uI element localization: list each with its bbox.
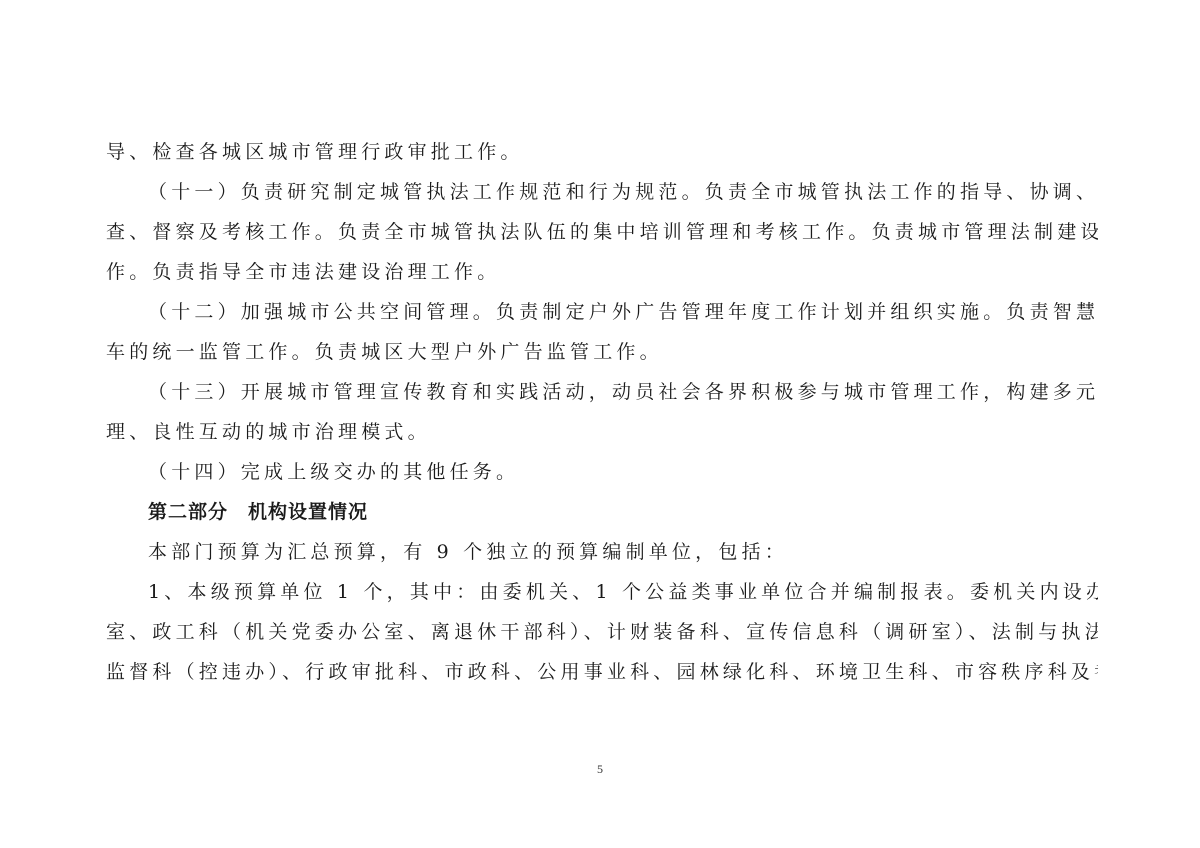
paragraph-item-11: （十一）负责研究制定城管执法工作规范和行为规范。负责全市城管执法工作的指导、协调… bbox=[106, 178, 1098, 218]
page-number: 5 bbox=[0, 762, 1200, 777]
paragraph-item-13: （十三）开展城市管理宣传教育和实践活动，动员社会各界积极参与城市管理工作，构建多… bbox=[106, 378, 1098, 418]
paragraph-budget-summary: 本部门预算为汇总预算，有 9 个独立的预算编制单位，包括： bbox=[106, 538, 1098, 578]
paragraph-item-12: （十二）加强城市公共空间管理。负责制定户外广告管理年度工作计划并组织实施。负责智… bbox=[106, 298, 1098, 338]
paragraph-line: 车的统一监管工作。负责城区大型户外广告监管工作。 bbox=[106, 338, 1098, 378]
paragraph-line: 理、良性互动的城市治理模式。 bbox=[106, 418, 1098, 458]
paragraph-line: 作。负责指导全市违法建设治理工作。 bbox=[106, 258, 1098, 298]
paragraph-budget-unit-1: 1、本级预算单位 1 个，其中：由委机关、1 个公益类事业单位合并编制报表。委机… bbox=[106, 578, 1098, 618]
paragraph-line: 室、政工科（机关党委办公室、离退休干部科）、计财装备科、宣传信息科（调研室）、法… bbox=[106, 618, 1098, 658]
paragraph-item-14: （十四）完成上级交办的其他任务。 bbox=[106, 458, 1098, 498]
section-heading: 第二部分 机构设置情况 bbox=[106, 498, 1098, 538]
paragraph-line: 导、检查各城区城市管理行政审批工作。 bbox=[106, 138, 1098, 178]
paragraph-line: 监督科（控违办）、行政审批科、市政科、公用事业科、园林绿化科、环境卫生科、市容秩… bbox=[106, 658, 1098, 698]
paragraph-line: 查、督察及考核工作。负责全市城管执法队伍的集中培训管理和考核工作。负责城市管理法… bbox=[106, 218, 1098, 258]
document-body: 导、检查各城区城市管理行政审批工作。 （十一）负责研究制定城管执法工作规范和行为… bbox=[106, 138, 1098, 698]
